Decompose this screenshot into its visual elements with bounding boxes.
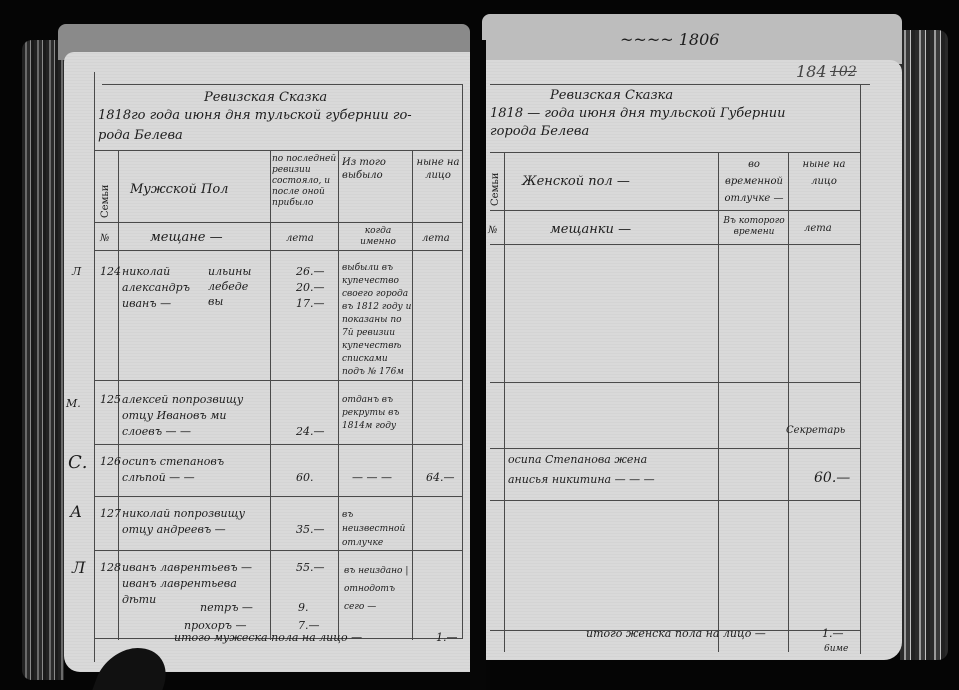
female-name-line2: анисья никитина — — —: [508, 472, 655, 487]
person-name: иванъ лаврентьева: [122, 576, 237, 591]
person-name: дѣти: [122, 592, 156, 607]
col-absence: во временной отлучке —: [722, 156, 786, 207]
right-page: 184 102 Ревизская Сказка 1818 — года июн…: [486, 60, 902, 660]
person-name: слоевъ — —: [122, 424, 191, 439]
sub-years1: лета: [286, 232, 314, 245]
right-title: Ревизская Сказка: [550, 88, 673, 103]
row-number: 128: [100, 560, 121, 575]
age: 26.—: [296, 264, 325, 279]
margin-letter: Л: [72, 264, 81, 279]
left-subtitle-line1: 1818го года июня дня тульской губернии г…: [98, 108, 412, 123]
col-by-last-census: по последней ревизии состояло, и после о…: [272, 154, 338, 209]
person-name: осипъ степановъ: [122, 454, 224, 469]
sub-years: лета: [804, 222, 832, 235]
person-name: алексей попрозвищу: [122, 392, 243, 407]
departure-note: выбыли въ купечество своего города въ 18…: [342, 262, 412, 379]
female-age: 60.—: [814, 470, 850, 486]
person-name: отцу Ивановъ ми: [122, 408, 226, 423]
row-number: 126: [100, 454, 121, 469]
book-edge-left: [22, 40, 64, 680]
book-gutter: [470, 40, 486, 690]
margin-letter: Л: [72, 558, 85, 577]
left-total-label: итого мужеска пола на лицо —: [174, 630, 362, 645]
secretary-annotation: Секретарь: [786, 424, 845, 437]
person-name: иванъ лаврентьевъ —: [122, 560, 252, 575]
sub-when: когда именно: [348, 226, 408, 248]
margin-letter: С.: [68, 452, 88, 473]
departure-note: — — —: [352, 470, 392, 485]
margin-letter: М.: [66, 396, 81, 411]
folio-number: 184: [796, 62, 827, 81]
left-page: Ревизская Сказка 1818го года июня дня ту…: [64, 52, 472, 672]
sub-no: №: [488, 224, 497, 237]
left-total-value: 1.—: [436, 630, 458, 645]
departure-note: въ неиздано | отнодотъ сего —: [344, 562, 414, 616]
margin-letter: А: [70, 502, 82, 521]
col-gender: Мужской Пол: [130, 182, 228, 197]
footer-mark: 6име: [824, 644, 848, 655]
sub-no: №: [100, 232, 109, 245]
sub-absence-note: Въ которого времени: [722, 216, 786, 238]
age: 24.—: [296, 424, 325, 439]
col-gender: Женской пол —: [522, 174, 630, 189]
row-number: 124: [100, 264, 121, 279]
sub-name: мещанки —: [550, 222, 631, 237]
person-name: иванъ —: [122, 296, 171, 311]
col-families: Семьи: [490, 160, 501, 206]
row-number: 127: [100, 506, 121, 521]
age: 60.: [296, 470, 314, 485]
right-subtitle-line1: 1818 — года июня дня тульской Губернии: [490, 106, 786, 121]
female-name-line1: осипа Степанова жена: [508, 452, 647, 467]
age: 55.—: [296, 560, 325, 575]
age: 35.—: [296, 522, 325, 537]
sub-years2: лета: [422, 232, 450, 245]
age: 20.—: [296, 280, 325, 295]
person-name: александръ: [122, 280, 190, 295]
right-subtitle-line2: города Белева: [490, 124, 589, 139]
col-now-present: ныне на лицо: [416, 156, 460, 182]
top-note: ~~~~ 1806: [620, 30, 719, 49]
person-name: петръ —: [200, 600, 253, 615]
right-total-label: итого женска пола на лицо —: [586, 626, 766, 641]
departure-note: отданъ въ рекруты въ 1814м году: [342, 394, 412, 433]
col-families: Семьи: [100, 162, 111, 218]
folio-old-number: 102: [830, 64, 857, 80]
sub-name: мещане —: [150, 230, 223, 245]
age: 9.: [298, 600, 309, 615]
now-present-age: 64.—: [426, 470, 455, 485]
person-name: николай попрозвищу: [122, 506, 245, 521]
col-left-since: Из того выбыло: [342, 156, 410, 182]
age: 17.—: [296, 296, 325, 311]
right-total-value: 1.—: [822, 626, 844, 641]
departure-note: въ неизвестной отлучке: [342, 508, 412, 550]
book-edge-right: [900, 30, 948, 660]
row-number: 125: [100, 392, 121, 407]
person-name: отцу андреевъ —: [122, 522, 226, 537]
left-title: Ревизская Сказка: [204, 90, 327, 105]
person-name: слѣпой — —: [122, 470, 195, 485]
family-surname: ильины лебеде вы: [208, 264, 262, 309]
left-subtitle-line2: рода Белева: [98, 128, 183, 143]
person-name: николай: [122, 264, 170, 279]
col-now-present: ныне на лицо: [792, 156, 856, 190]
